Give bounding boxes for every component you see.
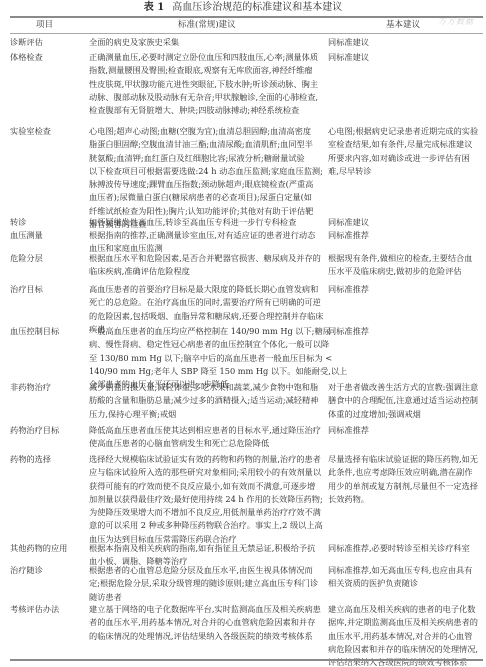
- cell-line: 以下检查项目可根据需要选做:24 h 动态血压监测;家庭血压监测;: [89, 165, 325, 178]
- cell-line: 心电图;超声心动图;血糖(空腹为宜);血清总胆固醇;血清高密度: [89, 125, 325, 138]
- cell-line: 据库,并定期监测高血压及相关疾病患者的: [328, 616, 482, 629]
- cell-line: 至 130/80 mm Hg 以下;脑卒中后的高血压患者一般血压目标为 <: [89, 352, 325, 365]
- cell-line: 尽量选择有临床试验证据的降压药物,如无: [328, 453, 482, 466]
- cell-line: 选择经大规模临床试验证实有效的药物和药物的剂量,治疗的患者: [89, 453, 325, 466]
- row-basic: 同标准建议: [328, 51, 482, 64]
- cell-line: 所要求内容,如对确诊或进一步评估有困: [328, 152, 482, 165]
- cell-line: 建立基于网络的电子化数据库平台,实时监测高血压及相关疾病患: [89, 603, 325, 616]
- cell-line: 正确测量血压,必要时测定立卧位血压和四肢血压,心率;测量体质: [89, 51, 325, 64]
- cell-line: 心电图;根据病史记录患者近期完成的实验: [328, 125, 482, 138]
- cell-line: 脂蛋白胆固醇;空腹血清甘油三酯;血清尿酸;血清肌酐;血同型半: [89, 138, 325, 151]
- row-basic: 建立高血压及相关疾病的患者的电子化数据库,并定期监测高血压及相关疾病患者的血压水…: [328, 603, 482, 667]
- cell-line: 血压水平,用药基本情况,对合并的心血管: [328, 630, 482, 643]
- cell-line: 获得可能有的疗效而使不良反应最小,如有效而不满意,可逐步增: [89, 480, 325, 493]
- row-item: 药物的选择: [10, 453, 51, 466]
- cell-line: 根据现有条件,做相应的检查,主要结合血: [328, 252, 482, 265]
- row-standard: 如怀疑继发性高血压,转诊至高血压专科进一步行专科检查: [89, 216, 325, 229]
- row-item: 血压控制目标: [10, 325, 59, 338]
- cell-line: 随访患者: [89, 591, 325, 604]
- cell-line: 胱氨酸;血清钾;血红蛋白及红细胞比容;尿液分析;糖耐量试验: [89, 152, 325, 165]
- cell-line: 指数,测量腰围及臀围;检查眼底,观察有无库欣面容,神经纤维瘤: [89, 64, 325, 77]
- row-item: 考核评估办法: [10, 603, 59, 616]
- row-standard: 根据血压水平和危险因素,是否合并靶器官损害、糖尿病及并存的临床疾病,准确评估危险…: [89, 252, 325, 279]
- row-basic: 同标准推荐: [328, 325, 482, 338]
- top-rule: [10, 16, 483, 18]
- cell-line: 死亡的总危险。在治疗高血压的同时,需要治疗所有已明确的可逆: [89, 296, 325, 309]
- row-standard: 建立基于网络的电子化数据库平台,实时监测高血压及相关疾病患者的血压水平,用药基本…: [89, 603, 325, 643]
- cell-line: 高血压患者的首要治疗目标是最大限度的降低长期心血管发病和: [89, 283, 325, 296]
- row-standard: 降低高血压患者血压使其达到相应患者的目标水平,通过降压治疗使高血压患者的心脑血管…: [89, 424, 325, 451]
- watermark: 万方数据: [438, 16, 474, 27]
- cell-line: 相关资质的医护负责随诊: [328, 577, 482, 590]
- cell-line: 肪酸的含量和脂肪总量;减少过多的酒精摄入;适当运动;减轻精神: [89, 394, 325, 407]
- cell-line: 定;根据危险分层,采取分级管理的随诊原则;建立高血压专科门诊: [89, 577, 325, 590]
- cell-line: 同标准推荐: [328, 229, 482, 242]
- cell-line: 性皮肤斑,甲状腺功能亢进性突眼征,下肢水肿;听诊颈动脉、胸主: [89, 78, 325, 91]
- cell-line: 根据患者的心血管总危险分层及血压水平,由医生视具体情况而: [89, 564, 325, 577]
- cell-line: 用少的单剂或复方制剂,尽量但不一定选择: [328, 480, 482, 493]
- cell-line: 脉搏波传导速度;踝臂血压指数;颈动脉超声;眼底镜检查(严重高: [89, 178, 325, 191]
- cell-line: 评估结果纳入各级医院的绩效考核体系: [328, 656, 482, 667]
- cell-line: 压力,保持心理平衡;戒烟: [89, 408, 325, 421]
- cell-line: 如怀疑继发性高血压,转诊至高血压专科进一步行专科检查: [89, 216, 325, 229]
- row-item: 其他药物的应用: [10, 542, 67, 555]
- header-basic: 基本建议: [386, 20, 420, 31]
- cell-line: 血压者);尿微量白蛋白(糖尿病患者的必查项目);尿蛋白定量(如: [89, 191, 325, 204]
- cell-line: 膳食中的合理配伍,注意通过适当运动控制: [328, 394, 482, 407]
- header-rule: [10, 33, 483, 34]
- table-number: 表 1: [144, 2, 164, 13]
- row-standard: 减少钠盐的摄入量;减轻体重;多吃水果和蔬菜,减少食物中饱和脂肪酸的含量和脂肪总量…: [89, 381, 325, 421]
- cell-line: 根据血压水平和危险因素,是否合并靶器官损害、糖尿病及并存的: [89, 252, 325, 265]
- cell-line: 同标准建议: [328, 36, 482, 49]
- cell-line: 同标准推荐: [328, 283, 482, 296]
- row-item: 转诊: [10, 216, 26, 229]
- cell-line: 病、慢性肾病、稳定性冠心病患者的血压控制宜个体化,一般可以降: [89, 338, 325, 351]
- cell-line: 对于患者做改善生活方式的宣教:强调注意: [328, 381, 482, 394]
- row-item: 诊断评估: [10, 36, 43, 49]
- row-basic: 同标准建议: [328, 36, 482, 49]
- cell-line: 减少钠盐的摄入量;减轻体重;多吃水果和蔬菜,减少食物中饱和脂: [89, 381, 325, 394]
- cell-line: 为使降压效果增大而不增加不良反应,用低剂量单药治疗疗效不满: [89, 506, 325, 519]
- row-basic: 同标准建议: [328, 216, 482, 229]
- table-title: 表 1高血压诊治规范的标准建议和基本建议: [0, 2, 486, 14]
- table-caption: 高血压诊治规范的标准建议和基本建议: [172, 2, 342, 13]
- cell-line: 体重的过度增加;强调戒烟: [328, 408, 482, 421]
- cell-line: 使高血压患者的心脑血管病发生和死亡总危险降低: [89, 437, 325, 450]
- row-item: 非药物治疗: [10, 381, 51, 394]
- cell-line: 加剂量以获得最佳疗效;最好使用持续 24 h 作用的长效降压药物;: [89, 493, 325, 506]
- cell-line: 同标准推荐: [328, 325, 482, 338]
- cell-line: 140/90 mm Hg;老年人 SBP 降至 150 mm Hg 以下。如能耐…: [89, 365, 325, 378]
- cell-line: 的危险因素,包括吸烟、血脂异常和糖尿病,还要合理控制并存临床: [89, 310, 325, 323]
- cell-line: 检查腹部有无肾脏增大、肿块;四肢动脉搏动;神经系统检查: [89, 104, 325, 117]
- cell-line: 临床疾病,准确评估危险程度: [89, 265, 325, 278]
- cell-line: 同标准推荐,如无高血压专科,也应由具有: [328, 564, 482, 577]
- row-basic: 尽量选择有临床试验证据的降压药物,如无此条件,也应考虑降压效应明确,潜在副作用少…: [328, 453, 482, 506]
- row-basic: 同标准推荐: [328, 424, 482, 437]
- cell-line: 的临床情况的处理情况,评估结果纳入各级医院的绩效考核体系: [89, 630, 325, 643]
- cell-line: 难,尽早转诊: [328, 165, 482, 178]
- row-basic: 同标准推荐: [328, 229, 482, 242]
- cell-line: 此条件,也应考虑降压效应明确,潜在副作: [328, 466, 482, 479]
- cell-line: 同标准推荐,必要时转诊至相关诊疗科室: [328, 542, 482, 555]
- row-standard: 选择经大规模临床试验证实有效的药物和药物的剂量,治疗的患者应与临床试验所入选的那…: [89, 453, 325, 546]
- cell-line: 病危险因素和并存的临床情况的处理情况,: [328, 643, 482, 656]
- row-item: 危险分层: [10, 252, 43, 265]
- cell-line: 一般高血压患者的血压均应严格控制在 140/90 mm Hg 以下;糖尿: [89, 325, 325, 338]
- cell-line: 室检查结果,如有条件,尽量完成标准建议: [328, 138, 482, 151]
- header-item: 项目: [36, 20, 53, 31]
- cell-line: 同标准建议: [328, 51, 482, 64]
- bottom-rule: [10, 659, 483, 661]
- cell-line: 应与临床试验所入选的那些研究对象相同;采用较小的有效剂量以: [89, 466, 325, 479]
- cell-line: 意的可以采用 2 种或多种降压药物联合治疗。事实上,2 级以上高: [89, 519, 325, 532]
- row-item: 治疗随诊: [10, 564, 43, 577]
- row-item: 血压测量: [10, 229, 43, 242]
- row-item: 体格检查: [10, 51, 43, 64]
- cell-line: 全面的病史及家族史采集: [89, 36, 325, 49]
- cell-line: 动脉、腹部动脉及股动脉有无杂音;甲状腺触诊,全面的心肺检查,: [89, 91, 325, 104]
- cell-line: 同标准推荐: [328, 424, 482, 437]
- row-basic: 同标准推荐,如无高血压专科,也应由具有相关资质的医护负责随诊: [328, 564, 482, 591]
- row-standard: 正确测量血压,必要时测定立卧位血压和四肢血压,心率;测量体质指数,测量腰围及臀围…: [89, 51, 325, 117]
- cell-line: 压水平及临床病史,做初步的危险评估: [328, 265, 482, 278]
- cell-line: 同标准建议: [328, 216, 482, 229]
- row-item: 实验室检查: [10, 125, 51, 138]
- row-basic: 心电图;根据病史记录患者近期完成的实验室检查结果,如有条件,尽量完成标准建议所要…: [328, 125, 482, 178]
- cell-line: 根据指南的推荐,正确测量诊室血压,对有适应证的患者进行动态: [89, 229, 325, 242]
- row-basic: 同标准推荐: [328, 283, 482, 296]
- row-basic: 对于患者做改善生活方式的宣教:强调注意膳食中的合理配伍,注意通过适当运动控制体重…: [328, 381, 482, 421]
- row-standard: 全面的病史及家族史采集: [89, 36, 325, 49]
- cell-line: 长效药物。: [328, 493, 482, 506]
- cell-line: 降低高血压患者血压使其达到相应患者的目标水平,通过降压治疗: [89, 424, 325, 437]
- row-item: 治疗目标: [10, 283, 43, 296]
- row-basic: 根据现有条件,做相应的检查,主要结合血压水平及临床病史,做初步的危险评估: [328, 252, 482, 279]
- row-standard: 根据患者的心血管总危险分层及血压水平,由医生视具体情况而定;根据危险分层,采取分…: [89, 564, 325, 604]
- header-standard: 标准(常规)建议: [178, 20, 236, 31]
- cell-line: 根据本指南及相关疾病的指南,如有指征且无禁忌证,积极给予抗: [89, 542, 325, 555]
- row-item: 药物治疗目标: [10, 424, 59, 437]
- cell-line: 者的血压水平,用药基本情况,对合并的心血管病危险因素和并存: [89, 616, 325, 629]
- row-basic: 同标准推荐,必要时转诊至相关诊疗科室: [328, 542, 482, 555]
- cell-line: 建立高血压及相关疾病的患者的电子化数: [328, 603, 482, 616]
